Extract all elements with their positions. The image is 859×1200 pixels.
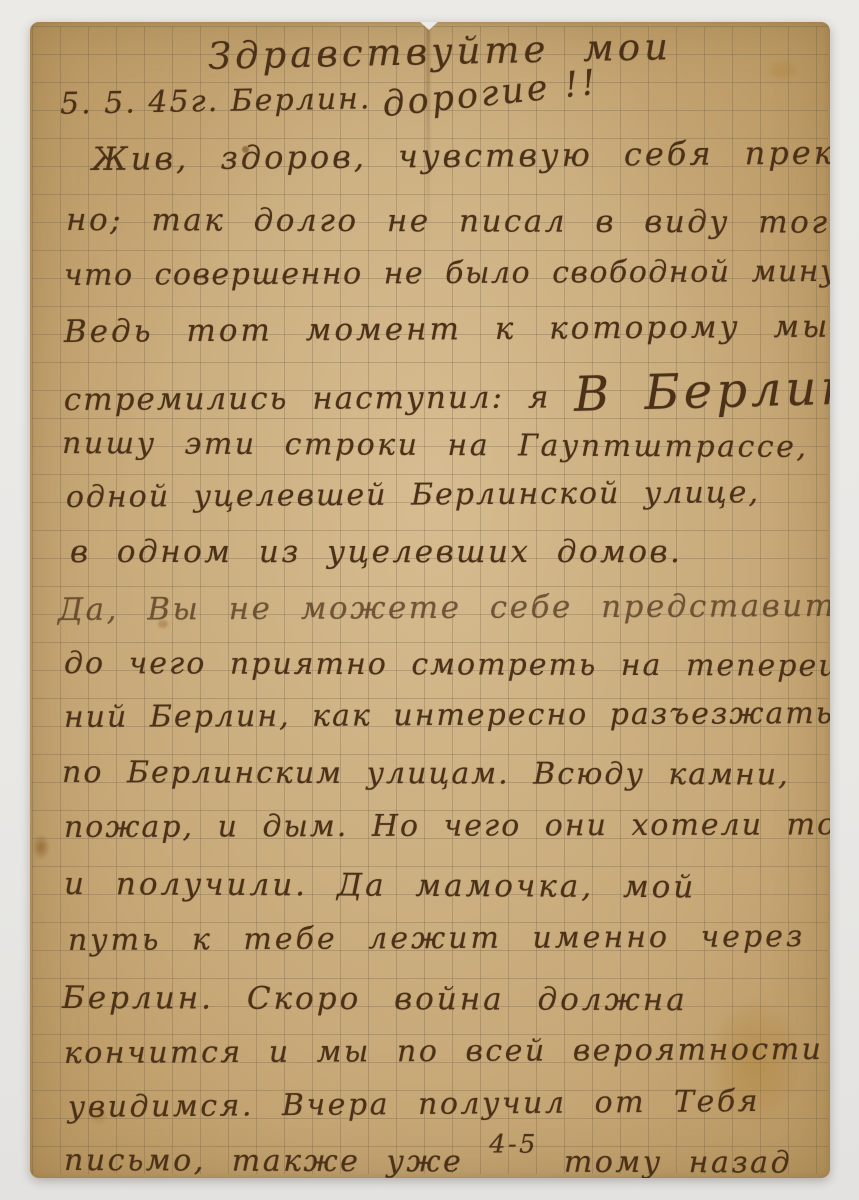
handwriting-text: письмо, также уже: [64, 1143, 489, 1178]
handwriting-line: пожар, и дым. Но чего они хотели то: [64, 807, 830, 845]
handwriting-line: Берлин. Скоро война должна: [62, 980, 688, 1018]
handwriting-line: пишу эти строки на Гауптштрассе,: [62, 426, 809, 465]
handwriting-line: в одном из уцелевших домов.: [70, 534, 682, 570]
handwriting-text: до чего приятно смотреть на тепереш-: [64, 646, 830, 684]
handwriting-line: Да, Вы не можете себе представить: [58, 588, 830, 628]
handwriting-line: что совершенно не было свободной минуты,: [64, 254, 830, 293]
handwriting-text: в одном из уцелевших домов.: [70, 534, 682, 570]
handwriting-text: и получили. Да мамочка, мой: [64, 866, 696, 905]
handwriting-text: увидимся. Вчера получил от Тебя: [68, 1084, 760, 1125]
handwriting-text: Да, Вы не можете себе представить: [58, 588, 830, 628]
handwriting-line: кончится и мы по всей вероятности: [64, 1032, 824, 1071]
handwriting-text: Ведь тот момент к которому мы: [64, 309, 830, 350]
handwriting-text: что совершенно не было свободной минуты,: [64, 254, 830, 293]
handwriting-line: по Берлинским улицам. Всюду камни,: [62, 755, 790, 793]
handwriting-line: письмо, также уже 4-5 тому назад: [64, 1143, 792, 1178]
handwriting-line: увидимся. Вчера получил от Тебя: [68, 1084, 760, 1125]
handwriting-line: до чего приятно смотреть на тепереш-: [64, 646, 830, 684]
handwriting-line: Ведь тот момент к которому мы: [64, 309, 830, 350]
handwriting-text: ний Берлин, как интересно разъезжать: [64, 696, 830, 735]
handwriting-layer: Жив, здоров, чувствую себя прекрас-но; т…: [30, 22, 830, 1178]
handwriting-text: пишу эти строки на Гауптштрассе,: [62, 426, 809, 465]
handwriting-line: путь к тебе лежит именно через: [68, 919, 806, 958]
photo-background: Здравствуйте мои 5. 5. 45г. Берлин. доро…: [0, 0, 859, 1200]
handwriting-insertion: 4-5: [489, 1129, 538, 1159]
handwriting-text: путь к тебе лежит именно через: [68, 919, 806, 958]
handwriting-emphasis: В Берлине.: [574, 358, 830, 423]
handwriting-line: одной уцелевшей Берлинской улице,: [66, 475, 760, 515]
handwriting-line: и получили. Да мамочка, мой: [64, 866, 696, 905]
handwriting-line: ний Берлин, как интересно разъезжать: [64, 696, 830, 735]
handwriting-text: одной уцелевшей Берлинской улице,: [66, 475, 760, 515]
handwriting-line: но; так долго не писал в виду того,: [66, 202, 830, 241]
handwriting-text: но; так долго не писал в виду того,: [66, 202, 830, 241]
handwriting-text: по Берлинским улицам. Всюду камни,: [62, 755, 790, 793]
handwriting-text: тому назад: [538, 1145, 792, 1178]
handwriting-text: Берлин. Скоро война должна: [62, 980, 688, 1018]
handwriting-line: Жив, здоров, чувствую себя прекрас-: [92, 133, 830, 178]
handwriting-text: Жив, здоров, чувствую себя прекрас-: [92, 133, 830, 178]
handwriting-line: стремились наступил: я В Берлине.: [64, 362, 830, 422]
handwriting-text: кончится и мы по всей вероятности: [64, 1032, 824, 1071]
letter-paper: Здравствуйте мои 5. 5. 45г. Берлин. доро…: [30, 22, 830, 1178]
handwriting-text: пожар, и дым. Но чего они хотели то: [64, 807, 830, 845]
handwriting-text: стремились наступил: я: [64, 379, 575, 418]
